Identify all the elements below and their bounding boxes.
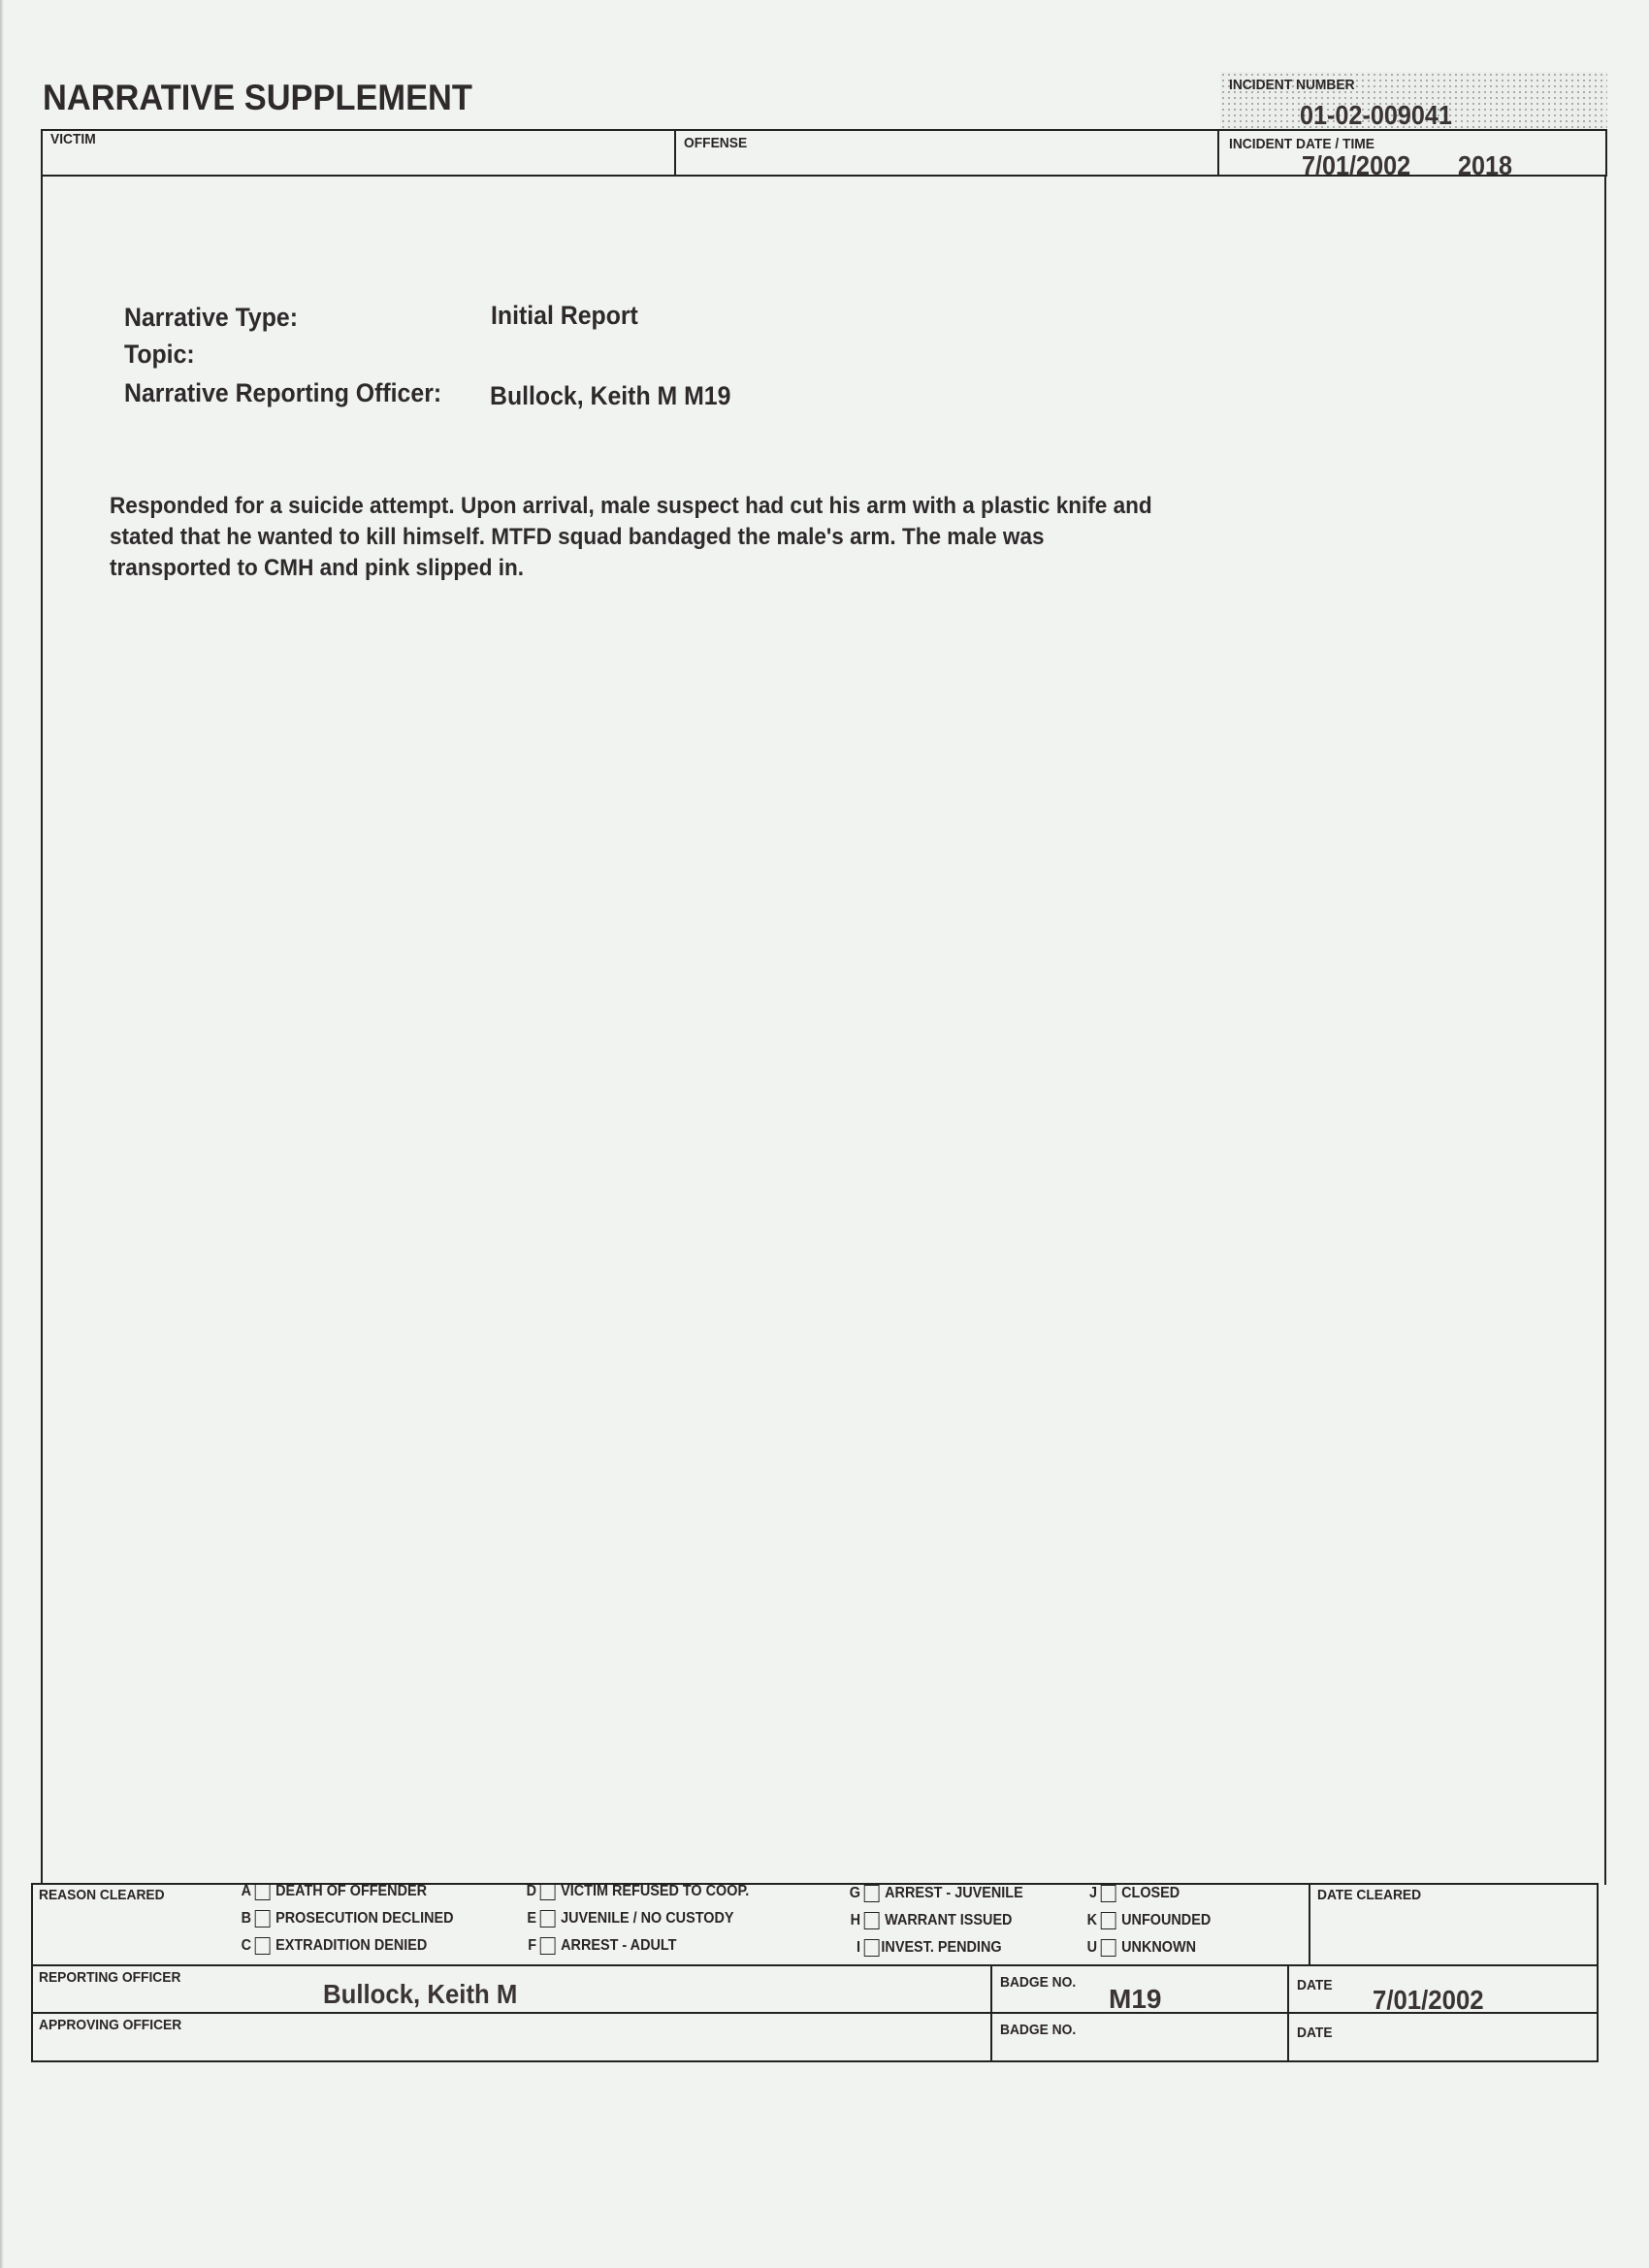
date-divider [1287,1964,1289,2062]
reporting-officer-value: Bullock, Keith M [323,1979,517,2010]
reporting-badge-value: M19 [1109,1984,1161,2015]
checkbox[interactable] [1101,1885,1116,1902]
reason-option-i[interactable]: I INVEST. PENDING [848,1939,1002,1957]
checkbox[interactable] [540,1883,556,1900]
offense-label: OFFENSE [684,135,747,151]
date-cleared-divider [1309,1883,1310,1965]
reason-option-k[interactable]: K UNFOUNDED [1084,1912,1211,1929]
victim-label: VICTIM [50,131,96,147]
option-code: U [1084,1939,1097,1957]
checkbox[interactable] [540,1910,556,1928]
option-code: D [524,1883,536,1900]
narrative-text: Responded for a suicide attempt. Upon ar… [110,491,1359,584]
reason-option-b[interactable]: B PROSECUTION DECLINED [239,1910,454,1928]
reason-option-a[interactable]: A DEATH OF OFFENDER [239,1883,427,1900]
option-code: J [1084,1885,1097,1902]
header-divider [1217,129,1219,177]
topic-label: Topic: [124,340,195,370]
badge-divider [990,1964,992,2062]
checkbox[interactable] [255,1883,271,1900]
checkbox[interactable] [255,1937,271,1955]
option-label: PROSECUTION DECLINED [275,1910,453,1928]
option-label: WARRANT ISSUED [885,1912,1012,1929]
narrative-line: transported to CMH and pink slipped in. [110,553,1359,584]
option-label: ARREST - JUVENILE [885,1885,1023,1902]
reason-option-d[interactable]: D VICTIM REFUSED TO COOP. [524,1883,749,1900]
incident-number-label: INCIDENT NUMBER [1229,77,1355,93]
option-label: JUVENILE / NO CUSTODY [561,1910,733,1928]
reason-option-e[interactable]: E JUVENILE / NO CUSTODY [524,1910,733,1928]
option-label: ARREST - ADULT [561,1937,676,1955]
option-code: I [848,1939,860,1957]
approving-officer-label: APPROVING OFFICER [39,2017,181,2033]
row-divider [31,2012,1599,2014]
narrative-reporting-officer-value: Bullock, Keith M M19 [490,381,730,411]
checkbox[interactable] [540,1937,556,1955]
narrative-type-label: Narrative Type: [124,303,298,333]
checkbox[interactable] [1101,1912,1116,1929]
date-cleared-label: DATE CLEARED [1317,1887,1421,1903]
narrative-line: stated that he wanted to kill himself. M… [110,522,1359,553]
option-label: DEATH OF OFFENDER [275,1883,427,1900]
header-divider [674,129,676,177]
option-code: G [848,1885,860,1902]
checkbox[interactable] [255,1910,271,1928]
narrative-type-value: Initial Report [491,301,638,331]
reason-option-h[interactable]: H WARRANT ISSUED [848,1912,1012,1929]
option-code: H [848,1912,860,1929]
checkbox[interactable] [864,1939,880,1957]
option-code: C [239,1937,251,1955]
reporting-officer-label: REPORTING OFFICER [39,1969,180,1986]
option-label: VICTIM REFUSED TO COOP. [561,1883,749,1900]
narrative-body-frame [41,175,1606,1885]
option-label: UNFOUNDED [1121,1912,1211,1929]
option-label: UNKNOWN [1121,1939,1196,1957]
reason-cleared-label: REASON CLEARED [39,1887,165,1903]
reason-option-u[interactable]: U UNKNOWN [1084,1939,1196,1957]
approving-badge-label: BADGE NO. [1000,2022,1076,2038]
form-title: NARRATIVE SUPPLEMENT [43,78,472,118]
narrative-reporting-officer-label: Narrative Reporting Officer: [124,378,441,408]
option-label: CLOSED [1121,1885,1180,1902]
option-code: F [524,1937,536,1955]
option-label: INVEST. PENDING [881,1939,1001,1957]
incident-number-value: 01-02-009041 [1300,100,1452,131]
option-code: B [239,1910,251,1928]
checkbox[interactable] [1101,1939,1116,1957]
scan-edge [0,0,4,2268]
reason-option-g[interactable]: G ARREST - JUVENILE [848,1885,1023,1902]
reason-option-j[interactable]: J CLOSED [1084,1885,1180,1902]
row-divider [31,1964,1599,1966]
reporting-date-value: 7/01/2002 [1373,1985,1484,2016]
checkbox[interactable] [864,1885,880,1902]
reason-option-f[interactable]: F ARREST - ADULT [524,1937,676,1955]
option-code: E [524,1910,536,1928]
option-code: K [1084,1912,1097,1929]
reporting-date-label: DATE [1297,1977,1333,1993]
checkbox[interactable] [864,1912,880,1929]
approving-date-label: DATE [1297,2025,1333,2041]
option-code: A [239,1883,251,1900]
reason-option-c[interactable]: C EXTRADITION DENIED [239,1937,427,1955]
option-label: EXTRADITION DENIED [275,1937,427,1955]
narrative-line: Responded for a suicide attempt. Upon ar… [110,491,1359,522]
reporting-badge-label: BADGE NO. [1000,1974,1076,1991]
